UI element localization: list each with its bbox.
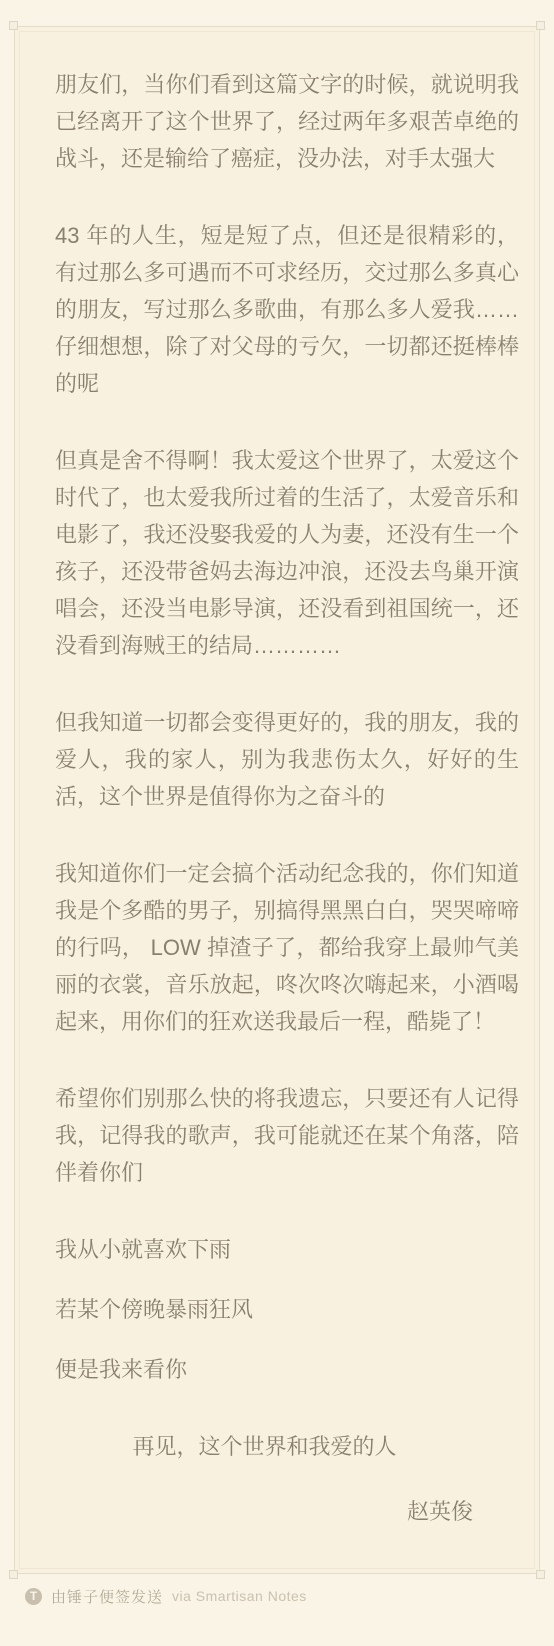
corner-pin-bottom-left [9,1570,18,1579]
note-paragraph: 但我知道一切都会变得更好的，我的朋友，我的爱人，我的家人，别为我悲伤太久，好好的… [55,704,519,815]
corner-pin-top-right [536,21,545,30]
note-paragraph: 朋友们，当你们看到这篇文字的时候，就说明我已经离开了这个世界了，经过两年多艰苦卓… [55,66,519,177]
sent-via-label-en: via Smartisan Notes [172,1588,307,1604]
poem-line: 我从小就喜欢下雨 [55,1231,519,1268]
sent-via-label-zh: 由锤子便签发送 [51,1586,163,1607]
note-content: 朋友们，当你们看到这篇文字的时候，就说明我已经离开了这个世界了，经过两年多艰苦卓… [15,27,539,1530]
signature: 赵英俊 [55,1493,473,1530]
corner-pin-top-left [9,21,18,30]
farewell-line: 再见，这个世界和我爱的人 [55,1428,474,1465]
note-paragraph: 希望你们别那么快的将我遗忘，只要还有人记得我，记得我的歌声，我可能就还在某个角落… [55,1080,519,1191]
poem-line: 便是我来看你 [55,1351,519,1388]
note-paragraph: 但真是舍不得啊！我太爱这个世界了，太爱这个时代了，也太爱我所过着的生活了，太爱音… [55,442,519,664]
corner-pin-bottom-right [536,1570,545,1579]
smartisan-t-logo-icon: T [25,1588,42,1605]
poem-line: 若某个傍晚暴雨狂风 [55,1291,519,1328]
note-paragraph: 43 年的人生，短是短了点，但还是很精彩的，有过那么多可遇而不可求经历，交过那么… [55,217,519,402]
note-card: 朋友们，当你们看到这篇文字的时候，就说明我已经离开了这个世界了，经过两年多艰苦卓… [14,26,540,1574]
footer: T 由锤子便签发送 via Smartisan Notes [25,1587,307,1605]
note-share-image: 朋友们，当你们看到这篇文字的时候，就说明我已经离开了这个世界了，经过两年多艰苦卓… [0,0,554,1646]
note-paragraph: 我知道你们一定会搞个活动纪念我的，你们知道我是个多酷的男子，别搞得黑黑白白，哭哭… [55,855,519,1040]
